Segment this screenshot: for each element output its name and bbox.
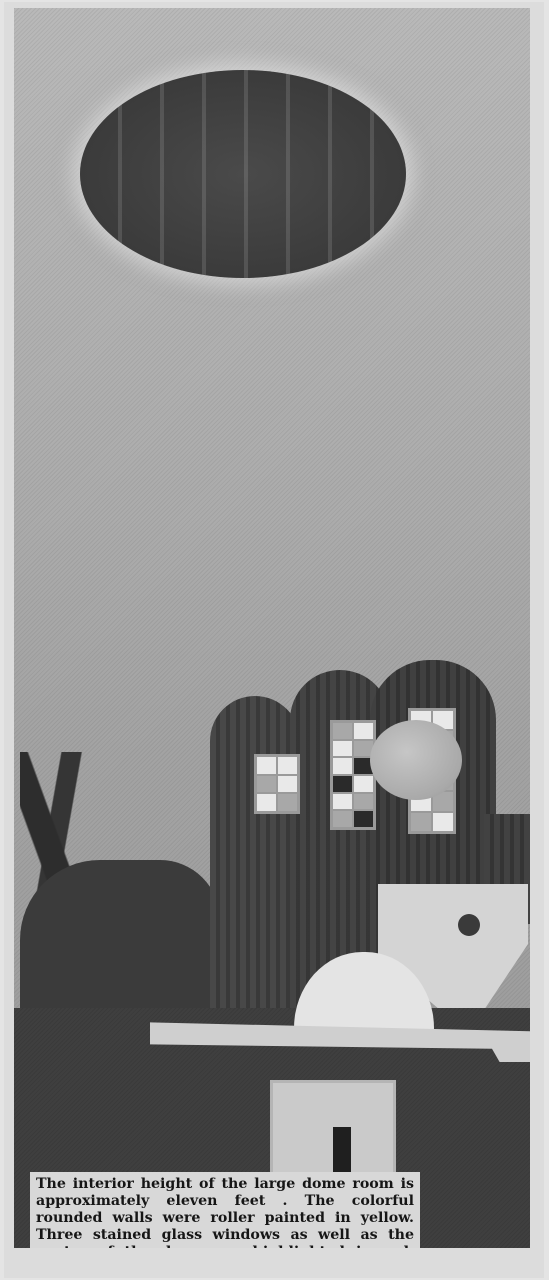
caption-line: approximately eleven feet . The colorful bbox=[36, 1193, 414, 1210]
caption-line: Three stained glass windows as well as t… bbox=[36, 1227, 414, 1244]
newspaper-clipping: The interior height of the large dome ro… bbox=[4, 2, 544, 1278]
caption-line: center of the dome are highlighted in re… bbox=[36, 1244, 414, 1248]
caption-line: The interior height of the large dome ro… bbox=[36, 1176, 414, 1193]
stained-glass-window-2 bbox=[330, 720, 376, 830]
table-base bbox=[270, 1080, 396, 1186]
wall-hanging-spot bbox=[458, 914, 480, 936]
globe-lamp bbox=[370, 720, 462, 800]
stained-glass-window-1 bbox=[254, 754, 300, 814]
photo-caption: The interior height of the large dome ro… bbox=[30, 1172, 420, 1248]
rounded-wall-segment bbox=[210, 696, 300, 1056]
dome-room-photo: The interior height of the large dome ro… bbox=[14, 8, 530, 1248]
caption-line: rounded walls were roller painted in yel… bbox=[36, 1210, 414, 1227]
